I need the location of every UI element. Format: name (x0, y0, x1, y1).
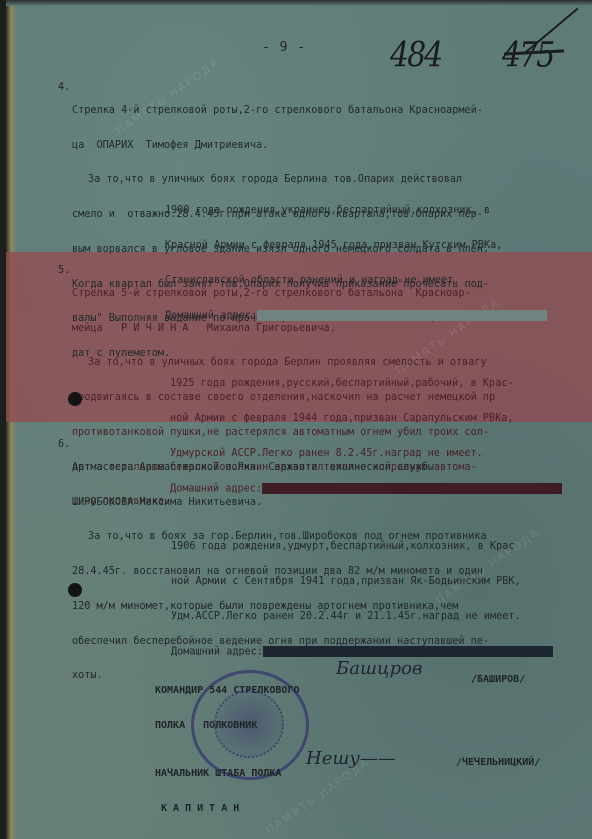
entry-header-line: Стрелка 5-й стрелковой роты,2-го стрелко… (58, 288, 588, 300)
bio-line: ной Армии с февраля 1944 года,призван Са… (170, 413, 592, 425)
page-number: - 9 - (262, 40, 306, 55)
entry-number: 4. (58, 82, 70, 94)
bio-line: 1906 года рождения,удмурт,беспартийный,к… (171, 541, 592, 553)
title-line: ПОЛКА ПОЛКОВНИК (155, 720, 300, 732)
entry-header-line: мейца Р И Ч И Н А Михаила Григорьевича. (58, 323, 588, 335)
document-page: ПАМЯТЬ НАРОДА ПАМЯТЬ НАРОДА ПАМЯТЬ НАРОД… (6, 0, 592, 839)
bio-line: ной Армии с Сентября 1941 года,призван Я… (171, 576, 592, 588)
address-label: Домашний адрес: (171, 646, 263, 657)
punch-hole (68, 392, 82, 406)
commander-name: /БАШИРОВ/ (471, 674, 525, 685)
title-line: КОМАНДИР 544 СТРЕЛКОВОГО (155, 685, 300, 697)
title-line: К А П И Т А Н (155, 803, 281, 815)
redacted-address (263, 646, 553, 657)
title-line: НАЧАЛЬНИК ШТАБА ПОЛКА (155, 768, 281, 780)
entry-number: 6. (58, 439, 70, 451)
bio-line: Красной Армии с февраля 1945 года,призва… (165, 240, 590, 252)
bio-line: Удм.АССР.Легко ранен 20.2.44г и 21.1.45г… (171, 611, 592, 623)
entry-header-line: ца ОПАРИХ Тимофея Дмитриевича. (58, 140, 588, 152)
paper-top-edge (6, 0, 592, 6)
chief-of-staff-title: НАЧАЛЬНИК ШТАБА ПОЛКА К А П И Т А Н (155, 745, 281, 837)
entry-number: 5. (58, 265, 70, 277)
commander-title: КОМАНДИР 544 СТРЕЛКОВОГО ПОЛКА ПОЛКОВНИК (155, 662, 300, 754)
entry-header-line: ШИРОБОКОВА Максима Никитьевича. (58, 497, 588, 509)
bio-line: 1900 года рождения,украинец,беспартийный… (165, 205, 590, 217)
entry-header-line: Артмастера Артмастерской полка Сержанта … (58, 462, 588, 474)
chief-of-staff-name: /ЧЕЧЕЛЬНИЦКИЙ/ (456, 757, 540, 768)
entry-6-bio: 1906 года рождения,удмурт,беспартийный,к… (171, 518, 592, 681)
punch-hole (68, 583, 82, 597)
chief-of-staff-signature: Нешу—— (306, 748, 396, 769)
entry-header-line: Стрелка 4-й стрелковой роты,2-го стрелко… (58, 105, 588, 117)
bio-line: 1925 года рождения,русский,беспартийный,… (170, 378, 592, 390)
commander-signature: Башцров (336, 658, 422, 679)
